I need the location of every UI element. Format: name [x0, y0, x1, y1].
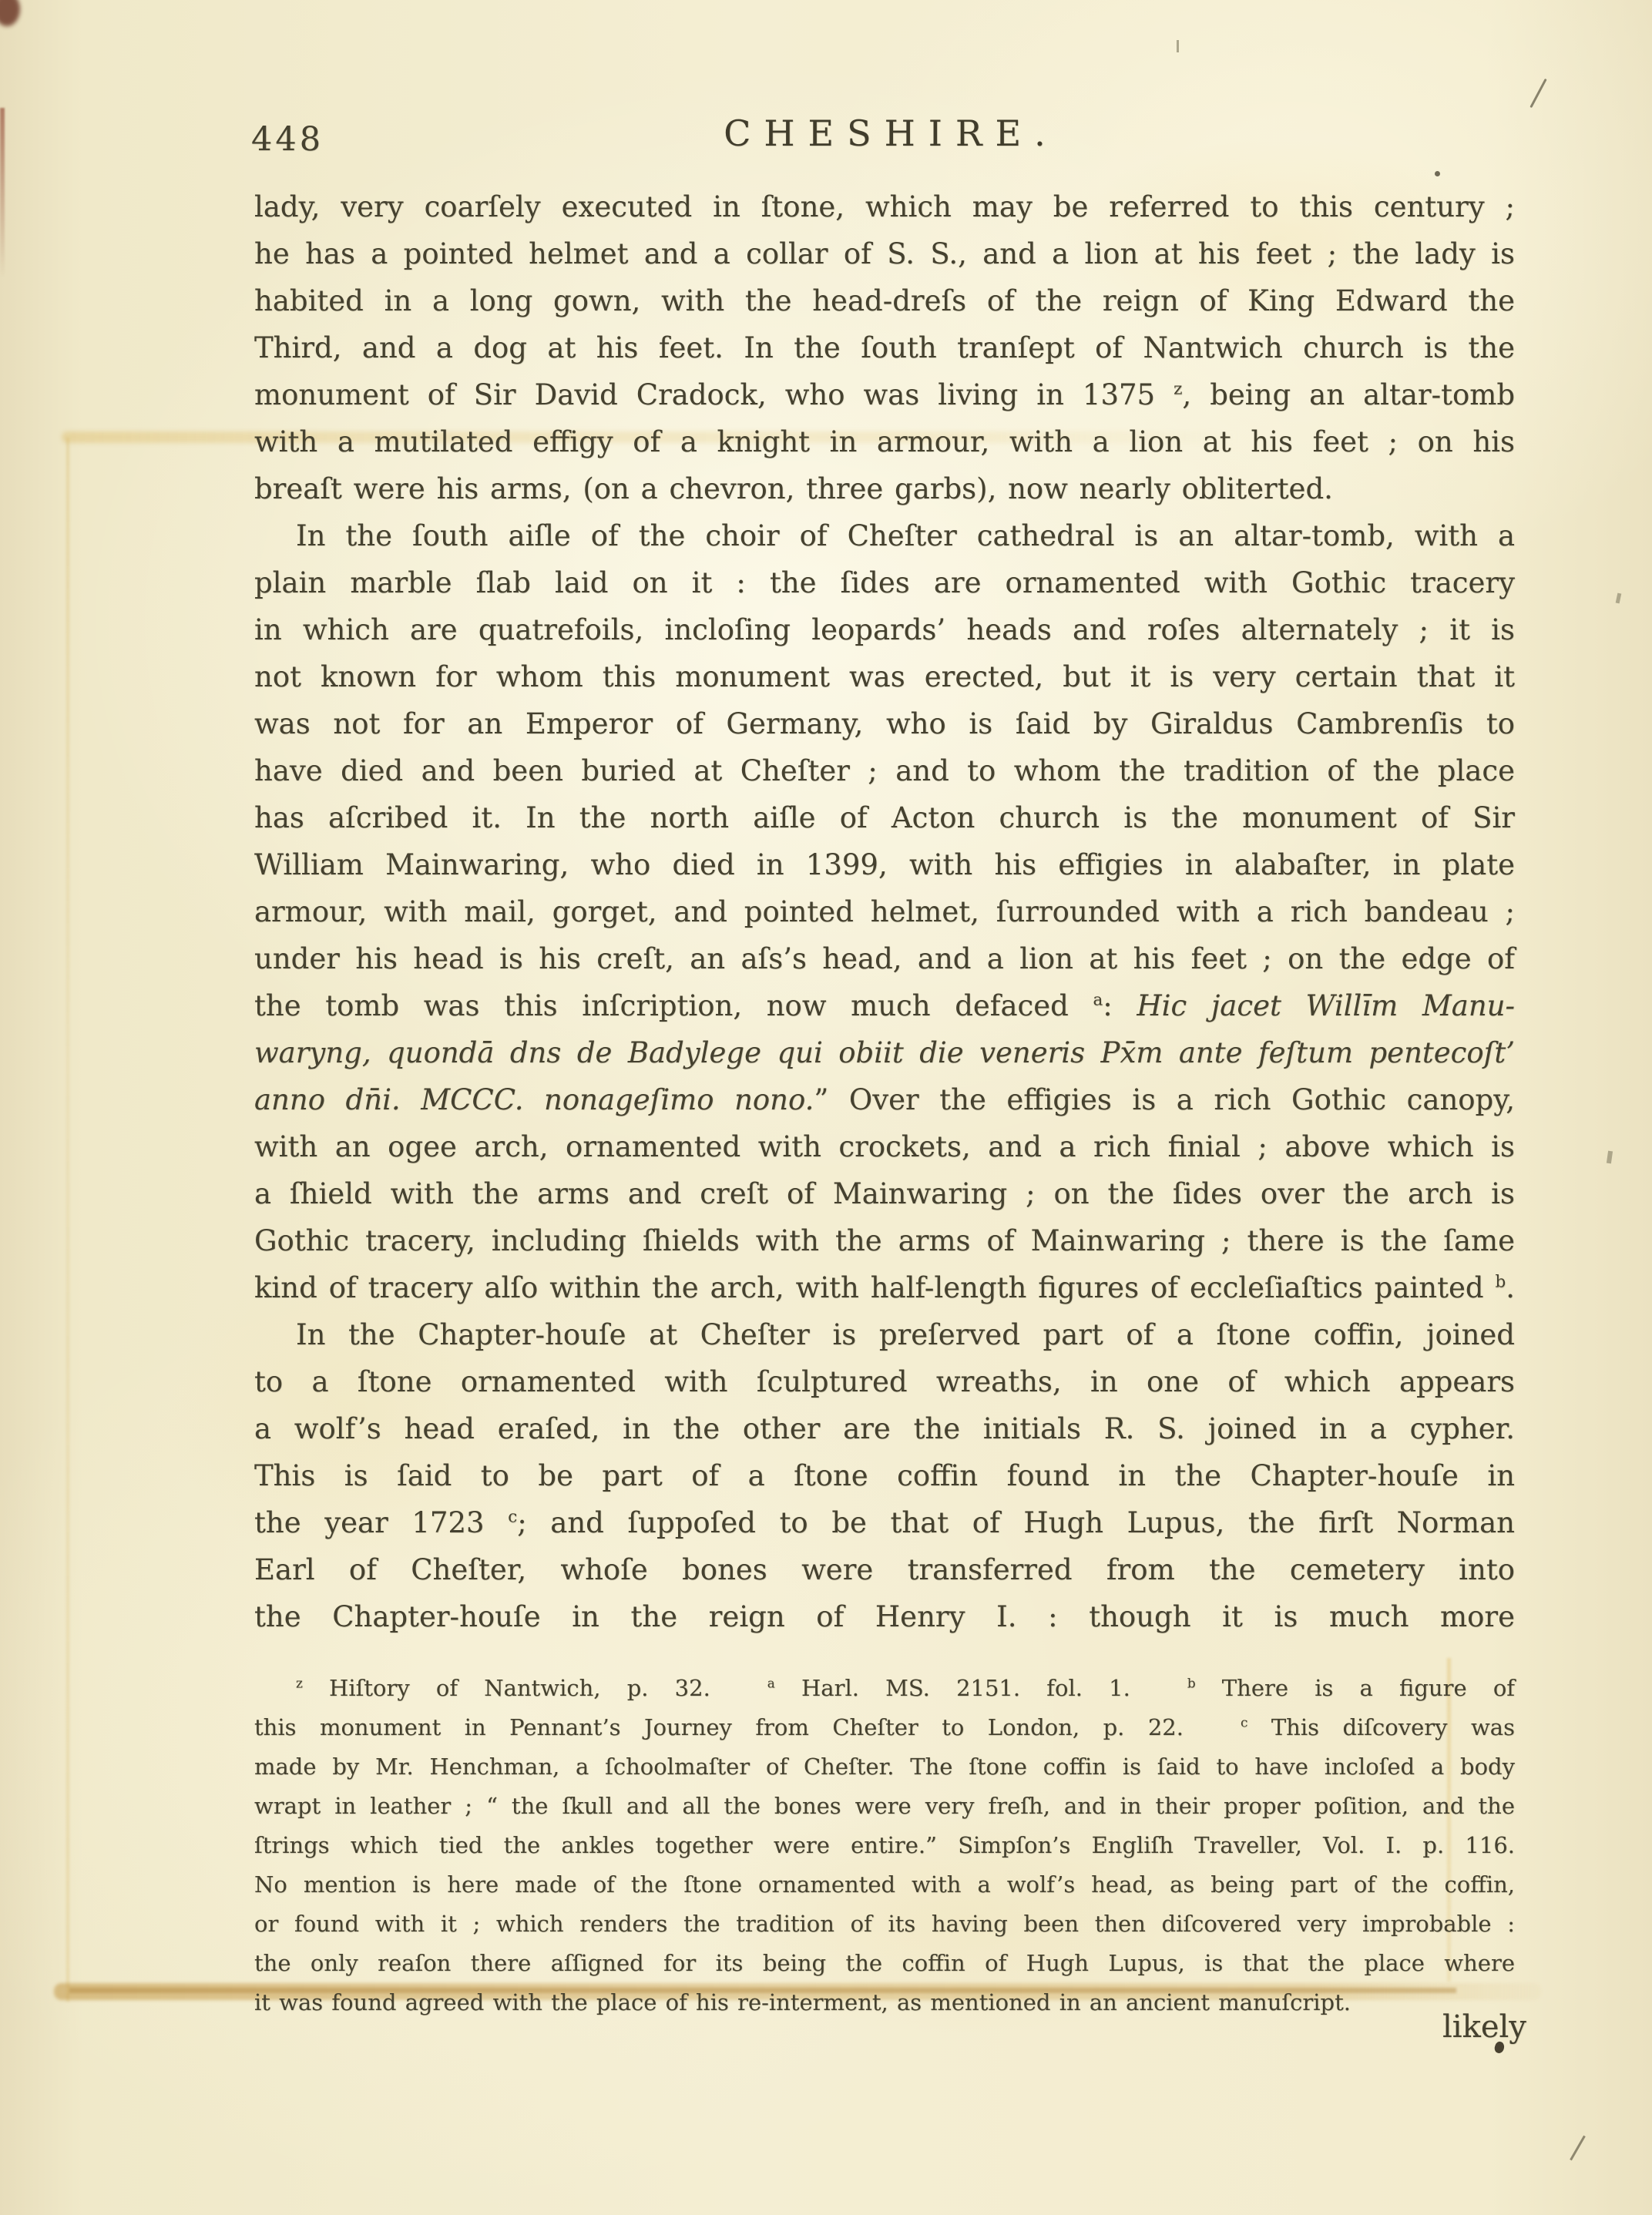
text-line: kind of tracery alſo within the arch, wi… [254, 1264, 1515, 1311]
text-line: the Chapter-houſe in the reign of Henry … [254, 1593, 1515, 1640]
text-line: William Mainwaring, who died in 1399, wi… [254, 841, 1515, 888]
corner-ink-blotch [0, 0, 20, 26]
latin-inscription: waryng, quondā dns de Badylege qui obiit… [254, 1036, 1515, 1069]
text-line: or found with it ; which renders the tra… [254, 1905, 1515, 1944]
footnote-marker: z [296, 1675, 303, 1690]
latin-inscription: anno dn̄i. MCCC. nonageſimo nono. [254, 1083, 814, 1116]
text-line: Earl of Cheſter, whoſe bones were transf… [254, 1546, 1515, 1593]
text-line: ſtrings which tied the ankles together w… [254, 1826, 1515, 1865]
footnote-marker: a [1093, 991, 1103, 1010]
fold-crease-left [66, 438, 69, 2002]
ink-speck [1607, 1151, 1613, 1164]
text-line: plain marble ſlab laid on it : the ſides… [254, 559, 1515, 606]
text-line: the tomb was this inſcription, now much … [254, 982, 1515, 1029]
text-line: he has a pointed helmet and a collar of … [254, 230, 1515, 277]
text-line: not known for whom this monument was ere… [254, 653, 1515, 700]
body-text: lady, very coarſely executed in ſtone, w… [254, 183, 1515, 1640]
footnote-marker: b [1187, 1675, 1196, 1690]
book-page-scan: 448 CHESHIRE. lady, very coarſely execut… [0, 0, 1652, 2215]
text-line: a ſhield with the arms and creſt of Main… [254, 1170, 1515, 1217]
text-line: In the Chapter-houſe at Cheſter is preſe… [254, 1311, 1515, 1358]
text-line: No mention is here made of the ſtone orn… [254, 1865, 1515, 1905]
text-line: monument of Sir David Cradock, who was l… [254, 371, 1515, 418]
ink-speck [1435, 171, 1440, 176]
footnote-marker: a [767, 1675, 775, 1690]
text-line: a wolf’s head eraſed, in the other are t… [254, 1405, 1515, 1452]
left-edge-mark [0, 108, 5, 277]
text-line: the year 1723 c; and ſuppoſed to be that… [254, 1499, 1515, 1546]
text-line: breaſt were his arms, (on a chevron, thr… [254, 465, 1515, 512]
text-line: was not for an Emperor of Germany, who i… [254, 700, 1515, 747]
text-line: has aſcribed it. In the north aiſle of A… [254, 794, 1515, 841]
text-line: under his head is his creſt, an aſs’s he… [254, 935, 1515, 982]
text-line: wrapt in leather ; “ the ſkull and all t… [254, 1787, 1515, 1826]
ink-speck [1177, 40, 1179, 52]
footnote-marker: b [1496, 1273, 1506, 1292]
footnotes: z Hiſtory of Nantwich, p. 32.a Harl. MS.… [254, 1669, 1515, 2022]
text-line: made by Mr. Henchman, a ſchoolmaſter of … [254, 1747, 1515, 1787]
text-line: anno dn̄i. MCCC. nonageſimo nono.” Over … [254, 1076, 1515, 1123]
ink-speck [1616, 593, 1622, 604]
text-line: In the ſouth aiſle of the choir of Cheſt… [254, 512, 1515, 559]
text-line: Third, and a dog at his feet. In the ſou… [254, 324, 1515, 371]
text-line: have died and been buried at Cheſter ; a… [254, 747, 1515, 794]
footnote-marker: c [1241, 1714, 1247, 1730]
text-line: This is ſaid to be part of a ſtone coffi… [254, 1452, 1515, 1499]
pen-mark [1570, 2136, 1586, 2161]
footnote-marker: c [508, 1508, 517, 1527]
text-line: with an ogee arch, ornamented with crock… [254, 1123, 1515, 1170]
text-line: lady, very coarſely executed in ſtone, w… [254, 183, 1515, 230]
text-line: the only reaſon there aſſigned for its b… [254, 1944, 1515, 1983]
text-line: Gothic tracery, including ſhields with t… [254, 1217, 1515, 1264]
latin-inscription: Hic jacet Willīm Manu- [1137, 989, 1515, 1022]
text-line: to a ſtone ornamented with ſculptured wr… [254, 1358, 1515, 1405]
running-head: CHESHIRE. [254, 112, 1515, 154]
text-line: waryng, quondā dns de Badylege qui obiit… [254, 1029, 1515, 1076]
text-line: armour, with mail, gorget, and pointed h… [254, 888, 1515, 935]
footnote-marker: z [1174, 380, 1182, 399]
text-line: z Hiſtory of Nantwich, p. 32.a Harl. MS.… [254, 1669, 1515, 1708]
text-line: this monument in Pennant’s Journey from … [254, 1708, 1515, 1747]
pen-mark [1529, 79, 1546, 108]
text-line: with a mutilated effigy of a knight in a… [254, 418, 1515, 465]
text-line: it was found agreed with the place of hi… [254, 1983, 1515, 2022]
catchword: likely [1442, 2009, 1526, 2045]
text-line: habited in a long gown, with the head-dr… [254, 277, 1515, 324]
text-line: in which are quatrefoils, incloſing leop… [254, 606, 1515, 653]
